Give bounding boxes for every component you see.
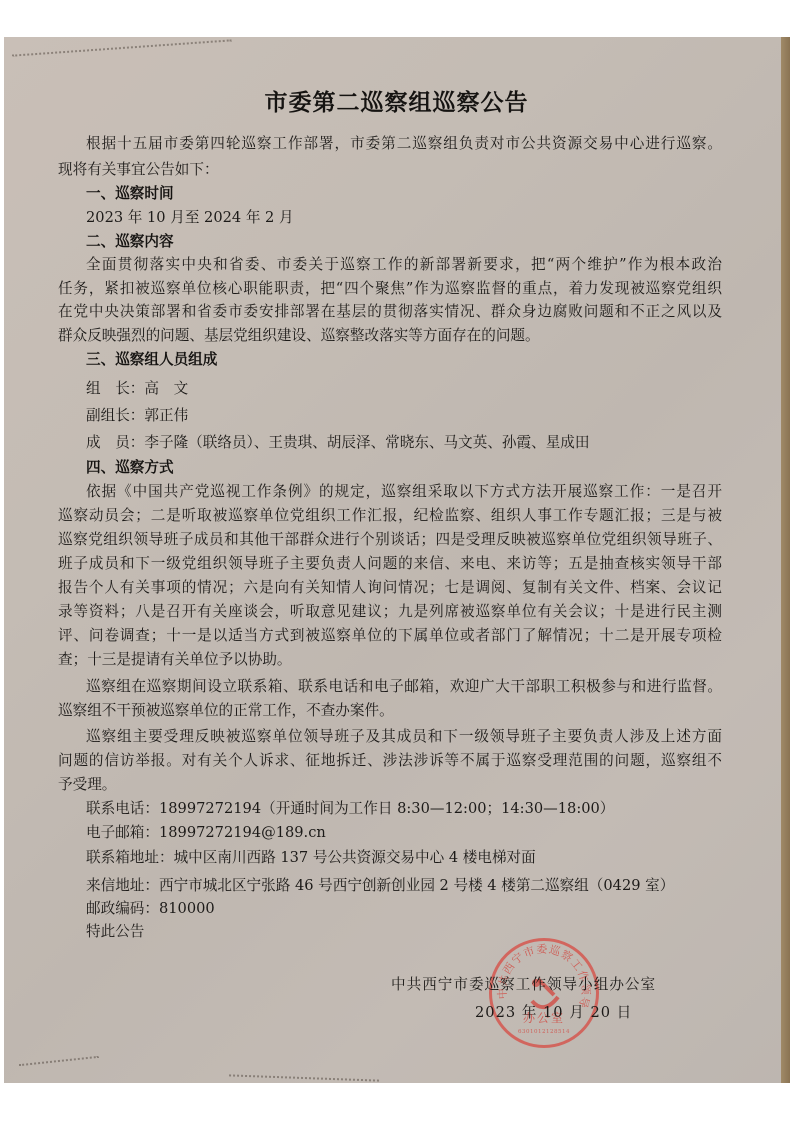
- contact-postcode: 邮政编码：810000: [86, 899, 215, 919]
- content-line: 群众反映强烈的问题、基层党组织建设、巡察整改落实等方面存在的问题。: [58, 326, 722, 346]
- intro-line: 根据十五届市委第四轮巡察工作部署，市委第二巡察组负责对市公共资源交易中心进行巡察…: [86, 134, 722, 154]
- supervision-line: 巡察组不干预被巡察单位的正常工作，不查办案件。: [58, 701, 722, 721]
- methods-line: 报告个人有关事项的情况；六是向有关知情人询问情况；七是调阅、复制有关文件、档案、…: [58, 578, 722, 598]
- paper-crease-mark: [12, 39, 232, 57]
- contact-phone: 联系电话：18997272194（开通时间为工作日 8:30—12:00；14:…: [86, 799, 614, 819]
- section-heading-content: 二、巡察内容: [86, 232, 174, 252]
- section-heading-methods: 四、巡察方式: [86, 458, 174, 478]
- paper-crease-mark: [229, 1074, 379, 1082]
- issuer-name: 中共西宁市委巡察工作领导小组办公室: [391, 973, 656, 994]
- contact-email: 电子邮箱：18997272194@189.cn: [86, 823, 326, 843]
- issue-date: 2023 年 10 月 20 日: [475, 1001, 632, 1022]
- deputy-label: 副组长：: [86, 407, 144, 424]
- scope-line: 予受理。: [58, 775, 722, 795]
- methods-line: 录等资料；八是召开有关座谈会，听取意见建议；九是列席被巡察单位有关会议；十是进行…: [58, 602, 722, 622]
- intro-line: 现将有关事宜公告如下：: [58, 160, 722, 180]
- content-line: 在党中央决策部署和省委市委安排部署在基层的贯彻落实情况、群众身边腐败问题和不正之…: [58, 302, 722, 322]
- members-row: 成 员：李子隆（联络员）、王贵琪、胡辰泽、常晓东、马文英、孙霞、星成田: [86, 433, 590, 453]
- methods-line: 巡察动员会；二是听取被巡察单位党组织工作汇报，纪检监察、组织人事工作专题汇报；三…: [58, 506, 722, 526]
- inspection-period: 2023 年 10 月至 2024 年 2 月: [86, 208, 294, 228]
- methods-line: 巡察党组织领导班子成员和其他干部群众进行个别谈话；四是受理反映被巡察单位党组织领…: [58, 530, 722, 550]
- methods-line: 依据《中国共产党巡视工作条例》的规定，巡察组采取以下方式方法开展巡察工作：一是召…: [86, 482, 722, 502]
- supervision-line: 巡察组在巡察期间设立联系箱、联系电话和电子邮箱，欢迎广大干部职工积极参与和进行监…: [86, 677, 722, 697]
- contact-box-address: 联系箱地址：城中区南川西路 137 号公共资源交易中心 4 楼电梯对面: [86, 848, 536, 868]
- contact-mail-address: 来信地址：西宁市城北区宁张路 46 号西宁创新创业园 2 号楼 4 楼第二巡察组…: [86, 876, 674, 896]
- methods-line: 查；十三是提请有关单位予以协助。: [58, 650, 722, 670]
- deputy-row: 副组长：郭正伟: [86, 406, 188, 426]
- methods-line: 班子成员和下一级党组织领导班子主要负责人问题的来信、来电、来访等；五是抽查核实领…: [58, 554, 722, 574]
- leader-label: 组 长：: [86, 380, 144, 397]
- members-names: 李子隆（联络员）、王贵琪、胡辰泽、常晓东、马文英、孙霞、星成田: [144, 434, 589, 451]
- deputy-name: 郭正伟: [144, 407, 188, 424]
- document-title: 市委第二巡察组巡察公告: [0, 84, 793, 117]
- content-line: 全面贯彻落实中央和省委、市委关于巡察工作的新部署新要求，把“两个维护”作为根本政…: [86, 255, 722, 275]
- table-edge: [781, 37, 790, 1083]
- content-line: 任务，紧扣被巡察单位核心职能职责，把“四个聚焦”作为巡察监督的重点，着力发现被巡…: [58, 279, 722, 299]
- paper-crease-mark: [19, 1056, 99, 1067]
- leader-name: 高 文: [144, 380, 188, 397]
- members-label: 成 员：: [86, 434, 144, 451]
- scope-line: 问题的信访举报。对有关个人诉求、征地拆迁、涉法涉诉等不属于巡察受理范围的问题，巡…: [58, 751, 722, 771]
- section-heading-time: 一、巡察时间: [86, 184, 174, 204]
- seal-code: 6301012128514: [492, 1029, 596, 1035]
- leader-row: 组 长：高 文: [86, 379, 188, 399]
- closing-text: 特此公告: [86, 922, 144, 942]
- section-heading-members: 三、巡察组人员组成: [86, 350, 217, 370]
- methods-line: 评、问卷调查；十一是以适当方式到被巡察单位的下属单位或者部门了解情况；十二是开展…: [58, 626, 722, 646]
- scope-line: 巡察组主要受理反映被巡察单位领导班子及其成员和下一级领导班子主要负责人涉及上述方…: [86, 727, 722, 747]
